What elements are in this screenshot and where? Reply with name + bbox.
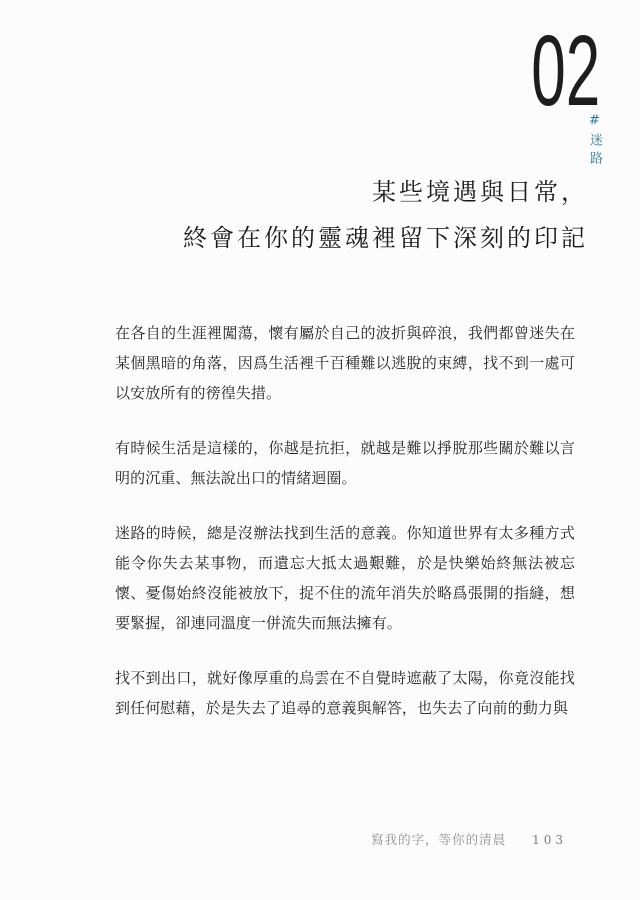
paragraph: 迷路的時候，總是沒辦法找到生活的意義。你知道世界有太多種方式能令你失去某事物，而… [115, 518, 575, 638]
page-footer: 寫我的字，等你的清晨 103 [0, 830, 567, 848]
footer-book-title: 寫我的字，等你的清晨 [371, 830, 506, 848]
chapter-title: 某些境遇與日常， 終會在你的靈魂裡留下深刻的印記 [183, 169, 588, 261]
body-text: 在各自的生涯裡闖蕩，懷有屬於自己的波折與碎浪，我們都曾迷失在某個黑暗的角落，因爲… [115, 318, 575, 748]
chapter-title-line1: 某些境遇與日常， [183, 169, 588, 215]
paragraph: 有時候生活是這樣的，你越是抗拒，就越是難以掙脫那些關於難以言明的沉重、無法說出口… [115, 433, 575, 493]
book-page: 02 #迷路 某些境遇與日常， 終會在你的靈魂裡留下深刻的印記 在各自的生涯裡闖… [0, 0, 640, 900]
footer-page-number: 103 [532, 833, 567, 847]
chapter-number: 02 [531, 21, 600, 121]
chapter-hashtag: #迷路 [588, 113, 601, 169]
paragraph: 找不到出口，就好像厚重的烏雲在不自覺時遮蔽了太陽，你竟沒能找到任何慰藉，於是失去… [115, 663, 575, 723]
chapter-title-line2: 終會在你的靈魂裡留下深刻的印記 [183, 215, 588, 261]
paragraph: 在各自的生涯裡闖蕩，懷有屬於自己的波折與碎浪，我們都曾迷失在某個黑暗的角落，因爲… [115, 318, 575, 408]
